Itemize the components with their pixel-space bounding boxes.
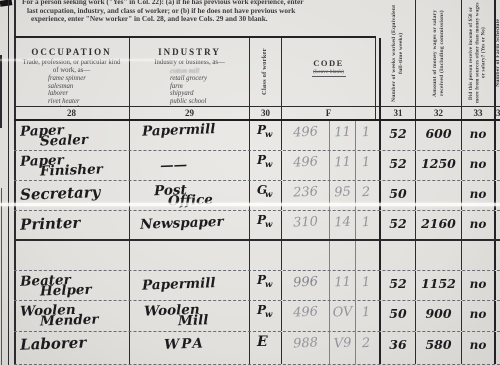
occupation-cell: PaperFinisher: [14, 151, 130, 180]
class-cell: Pw: [250, 211, 282, 239]
industry-title: INDUSTRY: [130, 47, 249, 57]
col-number-28: 28: [14, 107, 130, 119]
table-row: Printer Newspaper Pw 310141 52 2160 no: [14, 211, 500, 241]
weeks-worked-title: Number of weeks worked (Equivalent full-…: [391, 2, 405, 104]
class-cell: Pw: [250, 151, 282, 180]
other-income-entry: no: [462, 121, 494, 141]
occupation-cell: [14, 241, 130, 270]
header-other-income: Did this person receive income of $50 or…: [462, 0, 496, 106]
farm-cell: [496, 301, 500, 331]
occupation-cell: Laborer: [14, 332, 130, 364]
form-left-outer-line: [8, 0, 9, 365]
wages-title: Amount of money wages or salary received…: [432, 2, 446, 104]
code-cell: 496111: [282, 121, 376, 150]
industry-entry: ——: [130, 149, 250, 174]
wages-entry: 1152: [416, 271, 461, 291]
scan-artifact: [0, 0, 12, 7]
table-row: PaperFinisher —— Pw 496111 52 1250 no: [14, 151, 500, 181]
industry-cell: Newspaper: [130, 211, 250, 239]
weeks-entry: 50: [381, 181, 415, 201]
code-cell: 310141: [282, 211, 376, 239]
class-cell: [250, 241, 282, 270]
industry-cell: Papermill: [130, 121, 250, 150]
other-income-cell: no: [462, 271, 496, 300]
code-title: CODE: [282, 58, 375, 68]
weeks-entry: 36: [381, 332, 415, 352]
code-entry-1: 236: [282, 180, 330, 201]
code-cell: 996111: [282, 271, 376, 300]
weeks-cell: 50: [381, 301, 416, 331]
occupation-entry-line2: Helper: [40, 282, 129, 297]
col-number-32: 32: [416, 107, 462, 119]
industry-cell: WoolenMill: [130, 301, 250, 331]
code-entry-2: 95: [330, 180, 356, 200]
col-number-30: 30: [250, 107, 282, 119]
col-number-29: 29: [130, 107, 250, 119]
occupation-entry: Laborer: [14, 330, 130, 352]
occupation-entry-line2: Mender: [40, 312, 129, 327]
weeks-entry: 50: [381, 301, 415, 321]
class-cell: E: [250, 332, 282, 364]
code-entry-3: 2: [356, 180, 377, 200]
weeks-cell: 36: [381, 332, 416, 364]
wages-cell: [416, 241, 462, 270]
header-farm-schedule: Number of Farm Schedule: [496, 0, 500, 106]
scan-edge-mark: [1, 188, 2, 365]
header-class-of-worker: Class of worker: [250, 38, 282, 106]
instruction-line: experience, enter "New worker" in Col. 2…: [22, 14, 372, 24]
right-column-headers: Number of weeks worked (Equivalent full-…: [381, 0, 500, 106]
other-income-entry: no: [462, 211, 494, 231]
occupation-entry-line2: Sealer: [40, 132, 129, 147]
example-item: cotton mill: [170, 68, 249, 76]
wages-entry: 1250: [416, 151, 461, 171]
header-industry: INDUSTRY Industry or business, as— cotto…: [130, 38, 250, 106]
wages-cell: 580: [416, 332, 462, 364]
code-entry-2: OV: [330, 300, 356, 320]
code-entry-3: 1: [356, 210, 377, 230]
code-entry-2: 11: [330, 150, 356, 170]
code-entry-2: 11: [330, 270, 356, 290]
class-entry-sub: w: [265, 280, 272, 290]
entries-grid: PaperSealer Papermill Pw 496111 52 600 n…: [14, 121, 500, 365]
industry-entry: Papermill: [130, 269, 250, 293]
class-cell: Pw: [250, 121, 282, 150]
other-income-cell: [462, 241, 496, 270]
code-entry-2: 14: [330, 210, 356, 230]
code-entry-3: 2: [356, 331, 377, 351]
class-cell: Pw: [250, 301, 282, 331]
other-income-cell: no: [462, 211, 496, 239]
class-entry-sub: w: [265, 130, 272, 140]
other-income-entry: no: [462, 332, 494, 352]
occupation-entry: Printer: [14, 209, 130, 232]
other-income-cell: no: [462, 332, 496, 364]
occupation-cell: PaperSealer: [14, 121, 130, 150]
table-row: PaperSealer Papermill Pw 496111 52 600 n…: [14, 121, 500, 151]
occupation-entry: Secretary: [14, 179, 130, 202]
wages-entry: 2160: [416, 211, 461, 231]
farm-cell: [496, 151, 500, 180]
industry-cell: WPA: [130, 332, 250, 364]
header-code: CODE (Leave blank): [282, 38, 376, 106]
code-cell: 988V92: [282, 332, 376, 364]
table-row: Laborer WPA E 988V92 36 580 no: [14, 332, 500, 365]
industry-entry: WPA: [130, 330, 250, 353]
occupation-examples: frame spinner salesman laborer rivet hea…: [48, 75, 129, 106]
weeks-entry: 52: [381, 151, 415, 171]
weeks-cell: 52: [381, 211, 416, 239]
industry-entry-line2: Mill: [178, 313, 249, 327]
code-cell: 496111: [282, 151, 376, 180]
code-subtitle-rule: [312, 76, 346, 77]
table-row: BeaterHelper Papermill Pw 996111 52 1152…: [14, 271, 500, 301]
class-entry-sub: w: [265, 310, 272, 320]
code-entry-3: 1: [356, 300, 377, 320]
other-income-title: Did this person receive income of $50 or…: [469, 2, 488, 104]
occupation-cell: WoolenMender: [14, 301, 130, 331]
occupation-subtitle: Trade, profession, or particular kind of…: [14, 59, 129, 74]
header-weeks-worked: Number of weeks worked (Equivalent full-…: [381, 0, 416, 106]
col-number-33: 33: [462, 107, 496, 119]
occupation-title: OCCUPATION: [14, 47, 129, 57]
code-cell: 496OV1: [282, 301, 376, 331]
industry-examples: cotton mill retail grocery farm shipyard…: [170, 68, 249, 106]
table-row-blank: [14, 241, 500, 271]
example-item: frame spinner: [48, 75, 129, 83]
class-entry: E: [257, 334, 268, 350]
wages-cell: 1250: [416, 151, 462, 180]
other-income-cell: no: [462, 121, 496, 150]
other-income-entry: no: [462, 271, 494, 291]
scan-edge-mark: [0, 55, 2, 128]
farm-cell: [496, 271, 500, 300]
table-row: Secretary PostOffice Gw 236952 50 no: [14, 181, 500, 211]
code-subtitle: (Leave blank): [282, 69, 375, 75]
scan-streak: [0, 59, 210, 61]
scan-streak: [0, 203, 500, 206]
weeks-entry: 52: [381, 271, 415, 291]
industry-cell: ——: [130, 151, 250, 180]
weeks-cell: 52: [381, 151, 416, 180]
code-entry-2: 11: [330, 120, 356, 140]
code-cell: [282, 241, 376, 270]
code-entry-1: 988: [282, 331, 330, 352]
class-entry-sub: w: [265, 220, 272, 230]
industry-entry: Newspaper: [130, 209, 250, 232]
class-entry-sub: w: [265, 160, 272, 170]
example-item: shipyard: [170, 90, 249, 98]
example-item: rivet heater: [48, 98, 129, 106]
farm-cell: [496, 241, 500, 270]
class-of-worker-title: Class of worker: [261, 40, 269, 104]
weeks-cell: [381, 241, 416, 270]
farm-cell: [496, 332, 500, 364]
census-form-scan: For a person seeking work ("Yes" in Col.…: [0, 0, 500, 365]
wages-entry: 580: [416, 332, 461, 352]
code-entry-1: 496: [282, 120, 330, 141]
weeks-entry: 52: [381, 211, 415, 231]
wages-cell: 600: [416, 121, 462, 150]
col-number-31: 31: [381, 107, 416, 119]
code-entry-2: V9: [330, 331, 356, 351]
other-income-entry: no: [462, 181, 494, 201]
wages-cell: 1152: [416, 271, 462, 300]
farm-cell: [496, 121, 500, 150]
wages-cell: 2160: [416, 211, 462, 239]
example-item: public school: [170, 98, 249, 106]
example-item: retail grocery: [170, 75, 249, 83]
occupation-cell: Printer: [14, 211, 130, 239]
farm-cell: [496, 211, 500, 239]
wages-entry: 900: [416, 301, 461, 321]
class-cell: Pw: [250, 271, 282, 300]
wages-cell: 900: [416, 301, 462, 331]
col-number-F: F: [282, 107, 376, 119]
other-income-entry: no: [462, 301, 494, 321]
code-entry-1: 496: [282, 150, 330, 171]
industry-entry: Papermill: [130, 119, 249, 139]
other-income-entry: no: [462, 151, 494, 171]
code-entry-1: 310: [282, 210, 330, 231]
industry-cell: [130, 241, 250, 270]
occupation-entry-line2: Finisher: [40, 162, 129, 177]
header-occupation: OCCUPATION Trade, profession, or particu…: [14, 38, 130, 106]
weeks-cell: 52: [381, 271, 416, 300]
other-income-cell: no: [462, 301, 496, 331]
example-item: laborer: [48, 90, 129, 98]
table-row: WoolenMender WoolenMill Pw 496OV1 50 900…: [14, 301, 500, 332]
industry-cell: Papermill: [130, 271, 250, 300]
col-number-34: 34: [496, 107, 500, 119]
weeks-cell: 52: [381, 121, 416, 150]
occupation-cell: BeaterHelper: [14, 271, 130, 300]
column-number-band: 28 29 30 F 31 32 33 34: [14, 106, 500, 121]
header-wages: Amount of money wages or salary received…: [416, 0, 462, 106]
code-entry-1: 996: [282, 270, 330, 291]
wages-entry: [416, 181, 461, 186]
other-income-cell: no: [462, 151, 496, 180]
class-entry-sub: w: [265, 190, 272, 200]
code-entry-3: 1: [356, 270, 377, 290]
wages-entry: 600: [416, 121, 461, 141]
code-entry-3: 1: [356, 120, 377, 140]
instruction-box: For a person seeking work ("Yes" in Col.…: [14, 0, 376, 38]
code-entry-1: 496: [282, 300, 330, 321]
code-entry-3: 1: [356, 150, 377, 170]
example-item: farm: [170, 83, 249, 91]
example-item: salesman: [48, 83, 129, 91]
weeks-entry: 52: [381, 121, 415, 141]
farm-schedule-title: Number of Farm Schedule: [496, 2, 500, 104]
